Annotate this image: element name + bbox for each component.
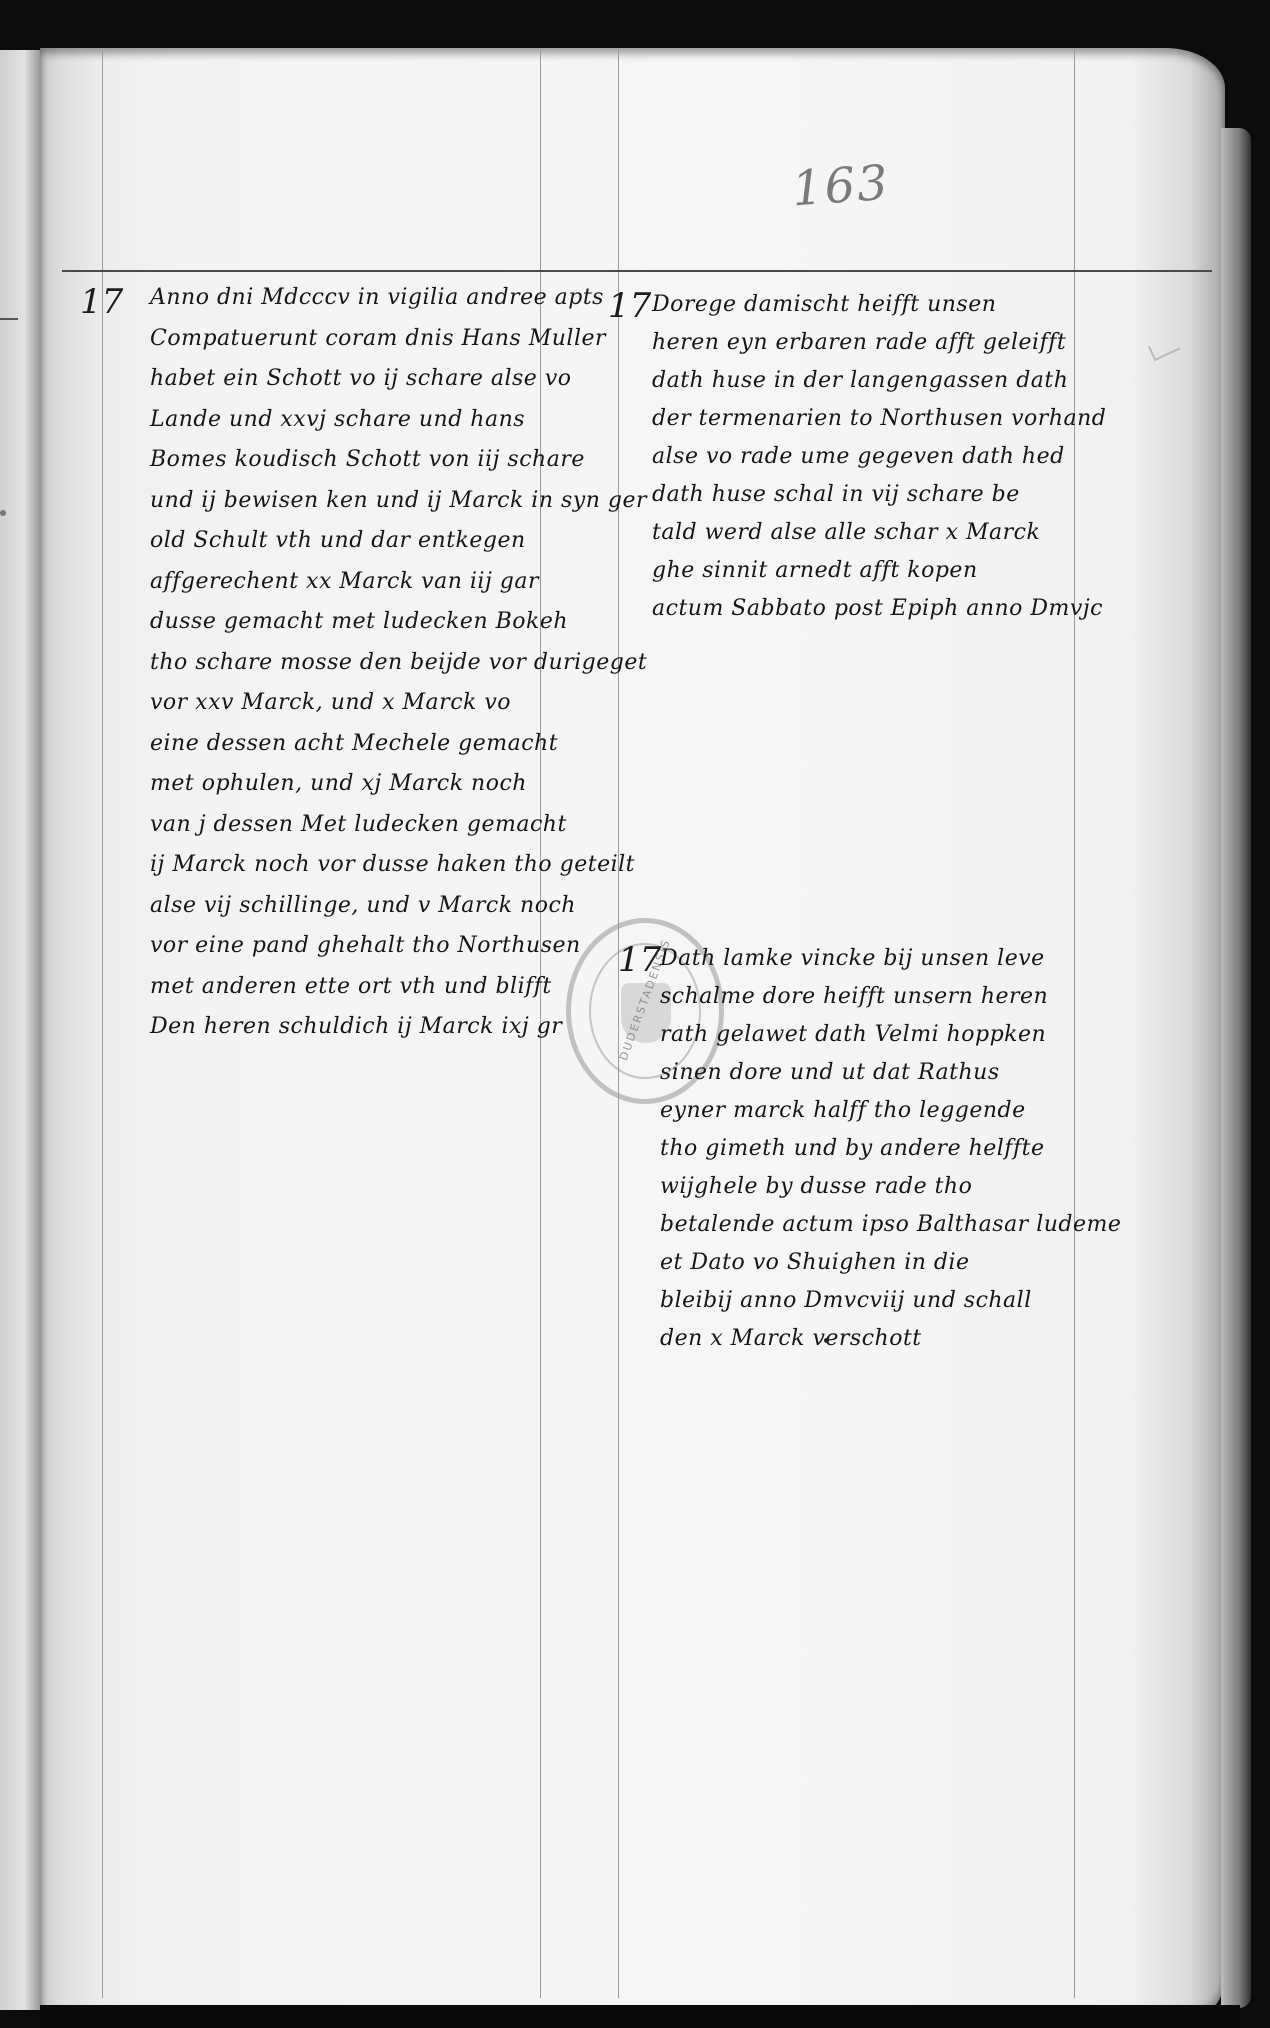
text-line: et Dato vo Shuighen in die xyxy=(660,1244,1121,1282)
text-line: Anno dni Mdcccv in vigilia andree apts xyxy=(150,278,647,319)
left-margin-rule xyxy=(102,48,103,1998)
entry-number: 17 xyxy=(618,940,661,980)
text-line: tho schare mosse den beijde vor durigege… xyxy=(150,643,647,684)
text-line: vor xxv Marck, und x Marck vo xyxy=(150,683,647,724)
text-line: van j dessen Met ludecken gemacht xyxy=(150,805,647,846)
text-line: schalme dore heifft unsern heren xyxy=(660,978,1121,1016)
text-line: Bomes koudisch Schott von iij schare xyxy=(150,440,647,481)
previous-page-rule-mark xyxy=(0,318,18,320)
text-line: heren eyn erbaren rade afft geleifft xyxy=(652,324,1106,362)
entry-number: 17 xyxy=(608,286,651,326)
previous-page-ink-spot xyxy=(0,510,6,516)
entry-text: Dath lamke vincke bij unsen leve schalme… xyxy=(660,940,1121,1358)
text-line: tho gimeth und by andere helffte xyxy=(660,1130,1121,1168)
text-line: Lande und xxvj schare und hans xyxy=(150,400,647,441)
text-line: ghe sinnit arnedt afft kopen xyxy=(652,552,1106,590)
text-line: met ophulen, und xj Marck noch xyxy=(150,764,647,805)
entry-text: Dorege damischt heifft unsen heren eyn e… xyxy=(652,286,1106,628)
text-line: bleibij anno Dmvcviij und schall xyxy=(660,1282,1121,1320)
ink-dot xyxy=(824,1338,829,1343)
text-line: dath huse in der langengassen dath xyxy=(652,362,1106,400)
text-line: tald werd alse alle schar x Marck xyxy=(652,514,1106,552)
text-line: und ij bewisen ken und ij Marck in syn g… xyxy=(150,481,647,522)
text-line: den x Marck verschott xyxy=(660,1320,1121,1358)
text-line: alse vij schillinge, und v Marck noch xyxy=(150,886,647,927)
text-line: rath gelawet dath Velmi hoppken xyxy=(660,1016,1121,1054)
entry-number: 17 xyxy=(80,282,123,322)
text-line: dath huse schal in vij schare be xyxy=(652,476,1106,514)
scan-bottom-border xyxy=(40,2005,1240,2028)
text-line: old Schult vth und dar entkegen xyxy=(150,521,647,562)
text-line: Dath lamke vincke bij unsen leve xyxy=(660,940,1121,978)
text-line: Compatuerunt coram dnis Hans Muller xyxy=(150,319,647,360)
text-line: habet ein Schott vo ij schare alse vo xyxy=(150,359,647,400)
previous-page-edge xyxy=(0,50,40,2010)
header-rule xyxy=(62,270,1212,272)
check-mark-icon xyxy=(1148,335,1180,361)
text-line: Dorege damischt heifft unsen xyxy=(652,286,1106,324)
text-line: der termenarien to Northusen vorhand xyxy=(652,400,1106,438)
page-fore-edge xyxy=(1221,128,1251,2008)
text-line: actum Sabbato post Epiph anno Dmvjc xyxy=(652,590,1106,628)
text-line: dusse gemacht met ludecken Bokeh xyxy=(150,602,647,643)
text-line: wijghele by dusse rade tho xyxy=(660,1168,1121,1206)
entry-text: Anno dni Mdcccv in vigilia andree apts C… xyxy=(150,278,647,1048)
text-line: eyner marck halff tho leggende xyxy=(660,1092,1121,1130)
text-line: vor eine pand ghehalt tho Northusen xyxy=(150,926,647,967)
text-line: betalende actum ipso Balthasar ludeme xyxy=(660,1206,1121,1244)
folio-number: 163 xyxy=(790,155,891,218)
manuscript-page: 163 17 Anno dni Mdcccv in vigilia andree… xyxy=(40,48,1225,2016)
text-line: eine dessen acht Mechele gemacht xyxy=(150,724,647,765)
text-line: sinen dore und ut dat Rathus xyxy=(660,1054,1121,1092)
text-line: ij Marck noch vor dusse haken tho geteil… xyxy=(150,845,647,886)
text-line: alse vo rade ume gegeven dath hed xyxy=(652,438,1106,476)
text-line: affgerechent xx Marck van iij gar xyxy=(150,562,647,603)
